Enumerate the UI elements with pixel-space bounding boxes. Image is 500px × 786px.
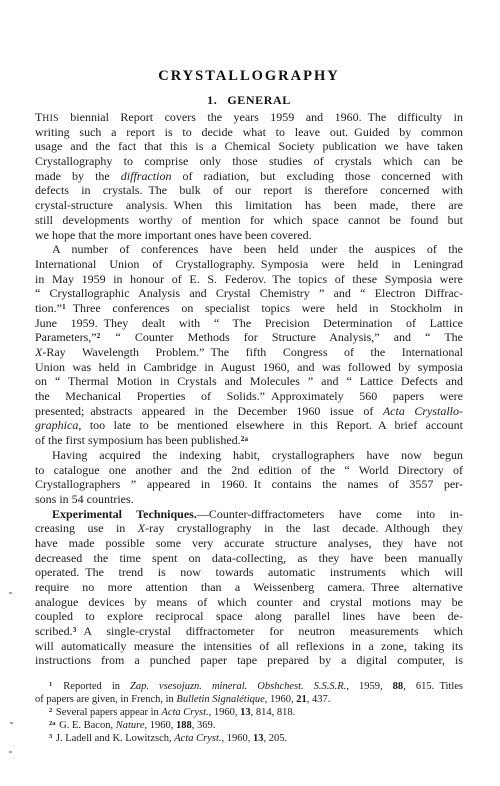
text-segment: , 1960,	[222, 733, 254, 744]
text-segment: of the first symposium has been publishe…	[35, 433, 241, 447]
text-line: analogue devices by means of which count…	[35, 595, 463, 610]
text-line: Experimental Techniques.—Counter-diffrac…	[35, 507, 463, 522]
text-segment-i: Nature	[116, 720, 145, 731]
page-title: CRYSTALLOGRAPHY	[35, 68, 463, 85]
footnotes: 1 Reported in Zap. vsesojuzn. mineral. O…	[35, 680, 463, 745]
text-segment-b: 21	[296, 694, 307, 705]
text-segment-i: Zap. vsesojuzn. mineral. Obshchest. S.S.…	[130, 681, 346, 692]
scan-speck	[10, 722, 13, 724]
text-segment: G. E. Bacon,	[57, 720, 116, 731]
text-line: Having acquired the indexing habit, crys…	[35, 448, 463, 463]
text-line: require no more attention than a Weissen…	[35, 580, 463, 595]
text-line: on “ Thermal Motion in Crystals and Mole…	[35, 374, 463, 389]
text-line: Parameters,”2 “ Counter Methods for Stru…	[35, 330, 463, 345]
text-segment-i: Acta Crystallo-	[383, 404, 463, 418]
text-segment-b: 13	[240, 707, 251, 718]
text-line: we hope that the more important ones hav…	[35, 228, 463, 243]
text-segment-i: Acta Cryst.	[161, 707, 208, 718]
text-segment: biennial Report covers the years 1959 an…	[59, 110, 463, 124]
text-segment: Having acquired the indexing habit, crys…	[52, 448, 463, 462]
text-segment: creasing use in	[35, 521, 138, 535]
text-segment: -ray crystallography in the last decade.…	[145, 521, 463, 535]
text-segment: decreased the time spent on data-collect…	[35, 551, 463, 565]
text-line: defects in crystals. The bulk of our rep…	[35, 183, 463, 198]
text-segment: , 1959,	[346, 681, 392, 692]
footnote-line: 2 Several papers appear in Acta Cryst., …	[35, 706, 463, 719]
footnote-line: of papers are given, in French, in Bulle…	[35, 693, 463, 706]
text-segment: tion.”	[35, 301, 62, 315]
text-segment: , too late to be mentioned elsewhere in …	[78, 418, 463, 432]
text-segment: , 615. Titles	[403, 681, 463, 692]
text-line: International Union of Crystallography. …	[35, 257, 463, 272]
text-segment: “ Counter Methods for Structure Analysis…	[101, 330, 463, 344]
text-segment: instructions from a punched paper tape p…	[35, 653, 463, 667]
footnote-line: 2a G. E. Bacon, Nature, 1960, 188, 369.	[35, 719, 463, 732]
text-line: THIS biennial Report covers the years 19…	[35, 110, 463, 125]
section-heading: 1.GENERAL	[35, 93, 463, 108]
text-segment-b: 13	[253, 733, 264, 744]
text-segment: in May 1959 in honour of E. S. Federov. …	[35, 272, 463, 286]
text-segment: crystal-structure analysis. When this li…	[35, 198, 463, 212]
scan-speck	[9, 751, 12, 753]
text-segment: still developments worthy of mention for…	[35, 213, 463, 227]
text-segment: Several papers appear in	[53, 707, 161, 718]
text-line: still developments worthy of mention for…	[35, 213, 463, 228]
text-segment: writing such a report is to decide what …	[35, 125, 463, 139]
text-segment-sc: HIS	[42, 114, 58, 124]
text-line: of the first symposium has been publishe…	[35, 433, 463, 448]
text-line: graphica, too late to be mentioned elsew…	[35, 418, 463, 433]
text-segment: will automatically measure the intensiti…	[35, 639, 463, 653]
text-line: have made possible some very accurate st…	[35, 536, 463, 551]
text-line: made by the diffraction of radiation, bu…	[35, 169, 463, 184]
section-number: 1.	[207, 93, 217, 107]
text-segment-sup: 2a	[241, 434, 248, 443]
text-segment-sup: 1	[62, 302, 66, 311]
text-segment: Parameters,”	[35, 330, 97, 344]
text-segment-b: Experimental Techniques.	[52, 507, 197, 521]
text-line: creasing use in X-ray crystallography in…	[35, 521, 463, 536]
text-line: operated. The trend is now towards autom…	[35, 565, 463, 580]
text-segment: of papers are given, in French, in	[35, 694, 176, 705]
text-line: decreased the time spent on data-collect…	[35, 551, 463, 566]
text-segment: the Mechanical Properties of Solids.” Ap…	[35, 389, 463, 403]
text-segment-i: Bulletin Signalétique	[176, 694, 264, 705]
text-segment-b: 88	[393, 681, 404, 692]
text-line: crystal-structure analysis. When this li…	[35, 198, 463, 213]
text-line: will automatically measure the intensiti…	[35, 639, 463, 654]
text-segment: Three conferences on specialist topics w…	[67, 301, 463, 315]
text-segment-sup: 2	[49, 707, 52, 714]
text-segment: presented; abstracts appeared in the Dec…	[35, 404, 383, 418]
text-segment-sup: 3	[49, 733, 52, 740]
text-segment: analogue devices by means of which count…	[35, 595, 463, 609]
text-segment: we hope that the more important ones hav…	[35, 228, 312, 242]
section-name: GENERAL	[227, 93, 291, 107]
text-line: usage and the fact that this is a Chemic…	[35, 139, 463, 154]
text-segment: scribed.	[35, 624, 73, 638]
text-line: writing such a report is to decide what …	[35, 125, 463, 140]
text-segment: made by the	[35, 169, 121, 183]
text-segment: sons in 54 countries.	[35, 492, 134, 506]
text-segment: coupled to explore reciprocal space alon…	[35, 609, 463, 623]
text-segment: Crystallographers ” appeared in 1960. It…	[35, 477, 463, 491]
text-segment-sup: 2	[97, 331, 101, 340]
text-segment-i: Acta Cryst.	[174, 733, 221, 744]
text-segment: Union was held in Cambridge in August 19…	[35, 360, 463, 374]
text-segment: , 205.	[264, 733, 288, 744]
text-segment: of radiation, but excluding those concer…	[171, 169, 463, 183]
text-segment: A single-crystal diffractometer for neut…	[77, 624, 463, 638]
text-segment: operated. The trend is now towards autom…	[35, 565, 463, 579]
text-line: June 1959. They dealt with “ The Precisi…	[35, 316, 463, 331]
text-segment: , 1960,	[209, 707, 241, 718]
text-segment: , 369.	[192, 720, 216, 731]
text-line: X-Ray Wavelength Problem.” The fifth Con…	[35, 345, 463, 360]
text-line: “ Crystallographic Analysis and Crystal …	[35, 286, 463, 301]
text-segment: June 1959. They dealt with “ The Precisi…	[35, 316, 463, 330]
text-line: instructions from a punched paper tape p…	[35, 653, 463, 668]
text-line: to catalogue one another and the 2nd edi…	[35, 463, 463, 478]
text-segment-i: graphica	[35, 418, 78, 432]
text-segment: —Counter-diffractometers have come into …	[197, 507, 463, 521]
text-line: Crystallographers ” appeared in 1960. It…	[35, 477, 463, 492]
text-segment-sup: 1	[49, 681, 52, 688]
text-segment: J. Ladell and K. Lowitzsch,	[53, 733, 174, 744]
text-line: sons in 54 countries.	[35, 492, 463, 507]
text-line: coupled to explore reciprocal space alon…	[35, 609, 463, 624]
text-segment: , 1960,	[265, 694, 297, 705]
text-segment: , 437.	[307, 694, 331, 705]
text-segment: A number of conferences have been held u…	[52, 242, 463, 256]
text-segment-sup: 2a	[49, 720, 56, 727]
text-segment: have made possible some very accurate st…	[35, 536, 463, 550]
text-segment: Reported in	[53, 681, 130, 692]
text-line: presented; abstracts appeared in the Dec…	[35, 404, 463, 419]
text-line: Union was held in Cambridge in August 19…	[35, 360, 463, 375]
text-segment: -Ray Wavelength Problem.” The fifth Cong…	[42, 345, 463, 359]
text-segment: usage and the fact that this is a Chemic…	[35, 139, 463, 153]
text-line: Crystallography to comprise only those s…	[35, 154, 463, 169]
scanned-report-page: CRYSTALLOGRAPHY 1.GENERAL THIS biennial …	[0, 0, 500, 786]
text-segment: defects in crystals. The bulk of our rep…	[35, 183, 463, 197]
text-line: in May 1959 in honour of E. S. Federov. …	[35, 272, 463, 287]
text-line: scribed.3 A single-crystal diffractomete…	[35, 624, 463, 639]
text-segment-b: 188	[176, 720, 192, 731]
body-text: THIS biennial Report covers the years 19…	[35, 110, 463, 668]
text-segment: “ Crystallographic Analysis and Crystal …	[35, 286, 463, 300]
text-segment: require no more attention than a Weissen…	[35, 580, 463, 594]
scan-speck	[9, 592, 12, 594]
footnote-line: 1 Reported in Zap. vsesojuzn. mineral. O…	[35, 680, 463, 693]
text-segment: on “ Thermal Motion in Crystals and Mole…	[35, 374, 463, 388]
text-segment-sup: 3	[73, 625, 77, 634]
text-segment: , 1960,	[144, 720, 176, 731]
text-segment: , 814, 818.	[251, 707, 296, 718]
text-segment: to catalogue one another and the 2nd edi…	[35, 463, 463, 477]
footnote-line: 3 J. Ladell and K. Lowitzsch, Acta Cryst…	[35, 732, 463, 745]
text-line: A number of conferences have been held u…	[35, 242, 463, 257]
text-line: tion.”1 Three conferences on specialist …	[35, 301, 463, 316]
text-segment-i: diffraction	[121, 169, 172, 183]
text-line: the Mechanical Properties of Solids.” Ap…	[35, 389, 463, 404]
text-segment: Crystallography to comprise only those s…	[35, 154, 463, 168]
text-segment: International Union of Crystallography. …	[35, 257, 463, 271]
